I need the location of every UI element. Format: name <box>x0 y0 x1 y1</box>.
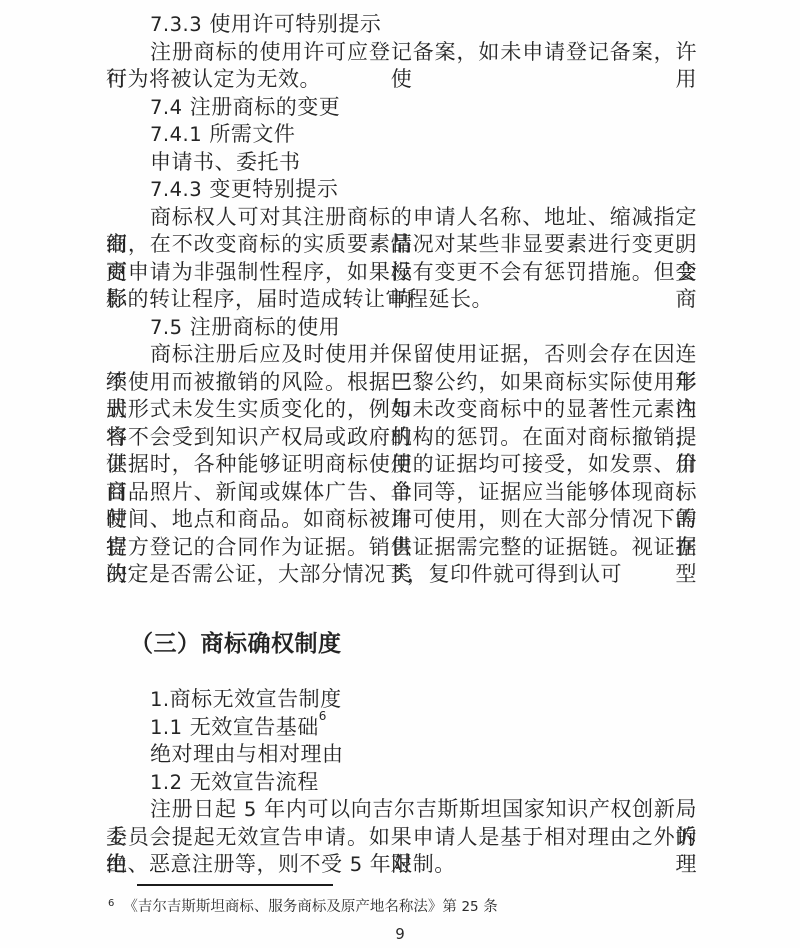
text-line: 注册商标的使用许可应登记备案，如未申请登记备案，许可使用 <box>106 39 697 67</box>
footnote: 6《吉尔吉斯斯坦商标、服务商标及原产地名称法》第 25 条 <box>108 897 498 919</box>
page-number: 9 <box>0 925 800 943</box>
numeral: 1.2 <box>150 771 183 794</box>
text-line: 时间、地点和商品。如商标被许可使用，则在大部分情况下需提供在 <box>106 506 697 534</box>
text-line: 商标注册后应及时使用并保留使用证据，否则会存在因连续三年 <box>106 341 697 369</box>
text-line: 7.4.3 变更特别提示 <box>106 176 697 204</box>
text-line: 注册日起 5 年内可以向吉尔吉斯斯坦国家知识产权创新局上诉 <box>106 796 697 824</box>
text-line: 7.4 注册商标的变更 <box>106 94 697 122</box>
numeral: 7.3.3 <box>150 13 202 36</box>
text-line: 更申请为非强制性程序，如果没有变更不会有惩罚措施。但会影响商 <box>106 259 697 287</box>
document-page: 7.3.3 使用许可特别提示注册商标的使用许可应登记备案，如未申请登记备案，许可… <box>0 0 800 948</box>
text-line: 委员会提起无效宣告申请。如果申请人是基于相对理由之外的绝对理 <box>106 824 697 852</box>
text-line: 将不会受到知识产权局或政府机构的惩罚。在面对商标撤销提供使用 <box>106 424 697 452</box>
numeral: 25 <box>461 899 478 915</box>
numeral: 7.4 <box>150 96 183 119</box>
section-heading: （三）商标确权制度 <box>130 629 697 659</box>
text-line: 不使用而被撤销的风险。根据巴黎公约，如果商标实际使用形式与注 <box>106 369 697 397</box>
numeral: 1.1 <box>150 716 183 739</box>
text-line: 决定是否需公证，大部分情况下，复印件就可得到认可 <box>106 561 697 589</box>
text-line: 官方登记的合同作为证据。销售证据需完整的证据链。视证据的类型 <box>106 534 697 562</box>
footnote-text: 《吉尔吉斯斯坦商标、服务商标及原产地名称法》第 25 条 <box>123 899 497 915</box>
numeral: 7.4.3 <box>150 178 202 201</box>
text-line: 申请书、委托书 <box>106 149 697 177</box>
text-line: 册形式未发生实质变化的，例如未改变商标中的显著性元素内容的， <box>106 396 697 424</box>
text-line: 1.1 无效宣告基础6 <box>106 714 697 742</box>
numeral: 5 <box>244 798 257 821</box>
numeral: 7.4.1 <box>150 123 202 146</box>
text-line: 7.3.3 使用许可特别提示 <box>106 11 697 39</box>
text-line: 7.5 注册商标的使用 <box>106 314 697 342</box>
numeral: 1. <box>150 688 170 711</box>
footnote-separator <box>137 884 333 886</box>
text-line: 1.商标无效宣告制度 <box>106 686 697 714</box>
text-line: 7.4.1 所需文件 <box>106 121 697 149</box>
text-line: 细，在不改变商标的实质要素情况对某些非显要素进行变更。商标变 <box>106 231 697 259</box>
numeral: 7.5 <box>150 316 183 339</box>
document-body: 7.3.3 使用许可特别提示注册商标的使用许可应登记备案，如未申请登记备案，许可… <box>0 0 800 879</box>
footnote-marker: 6 <box>108 898 114 909</box>
text-line: 商标权人可对其注册商标的申请人名称、地址、缩减指定商品明 <box>106 204 697 232</box>
text-line: 商品照片、新闻或媒体广告、合同等，证据应当能够体现商标使用的 <box>106 479 697 507</box>
text-line: 绝对理由与相对理由 <box>106 741 697 769</box>
text-line: 1.2 无效宣告流程 <box>106 769 697 797</box>
numeral: 5 <box>350 853 363 876</box>
footnote-reference: 6 <box>319 709 327 723</box>
text-line: 证据时，各种能够证明商标使用的证据均可接受，如发票、价目单、 <box>106 451 697 479</box>
